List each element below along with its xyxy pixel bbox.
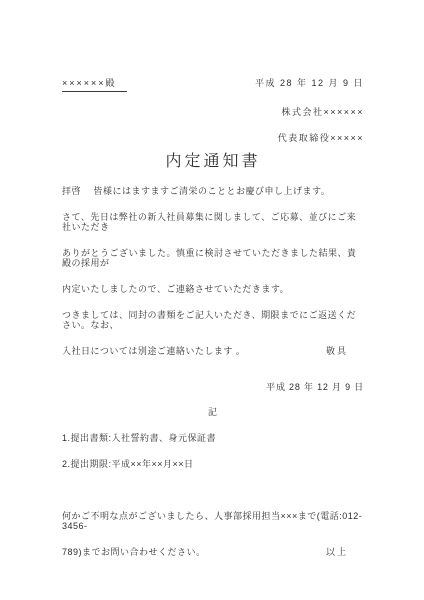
closing-ijou: 以上: [326, 547, 364, 557]
offer-letter-page: ××××××殿 平成 28 年 12 月 9 日 株式会社×××××× 代表取締…: [0, 0, 424, 600]
letter-header-row: ××××××殿 平成 28 年 12 月 9 日: [62, 78, 364, 92]
body-paragraph1-line1: さて、先日は弊社の新入社員募集に関しまして、ご応募、並びにご来社いただき: [62, 212, 364, 232]
contact-line1: 何かご不明な点がございましたら、人事部採用担当×××まで(電話:012-3456…: [62, 511, 364, 531]
contact-line2: 789)までお問い合わせください。: [62, 547, 206, 557]
document-title: 内定通知書: [62, 152, 364, 172]
body-paragraph2-line1: つきましては、同封の書類をご記入いただき、期限までにご返送ください。なお、: [62, 310, 364, 330]
greeting-line: 拝啓 皆様にはますますご清栄のこととお慶び申し上げます。: [62, 186, 364, 196]
closing-keigu: 敬具: [326, 346, 364, 356]
sender-representative: 代表取締役×××××: [62, 133, 364, 143]
body-paragraph2-line2: 入社日については別途ご連絡いたします 。: [62, 346, 245, 356]
body-paragraph1-line3: 内定いたしましたので、ご連絡させていただきます。: [62, 284, 364, 294]
issue-date: 平成 28 年 12 月 9 日: [255, 78, 364, 88]
list-item-documents: 1.提出書類:入社誓約書、身元保証書: [62, 433, 364, 443]
record-date: 平成 28 年 12 月 9 日: [62, 382, 364, 392]
sender-company: 株式会社××××××: [62, 107, 364, 117]
footer-row: 789)までお問い合わせください。 以上: [62, 547, 364, 557]
list-item-deadline: 2.提出期限:平成××年××月××日: [62, 459, 364, 469]
body-paragraph1-line2: ありがとうございました。慎重に検討させていただきました結果、貴殿の採用が: [62, 248, 364, 268]
recipient-name: ××××××殿: [62, 78, 127, 92]
closing-row: 入社日については別途ご連絡いたします 。 敬具: [62, 346, 364, 356]
record-marker-ki: 記: [62, 407, 364, 417]
